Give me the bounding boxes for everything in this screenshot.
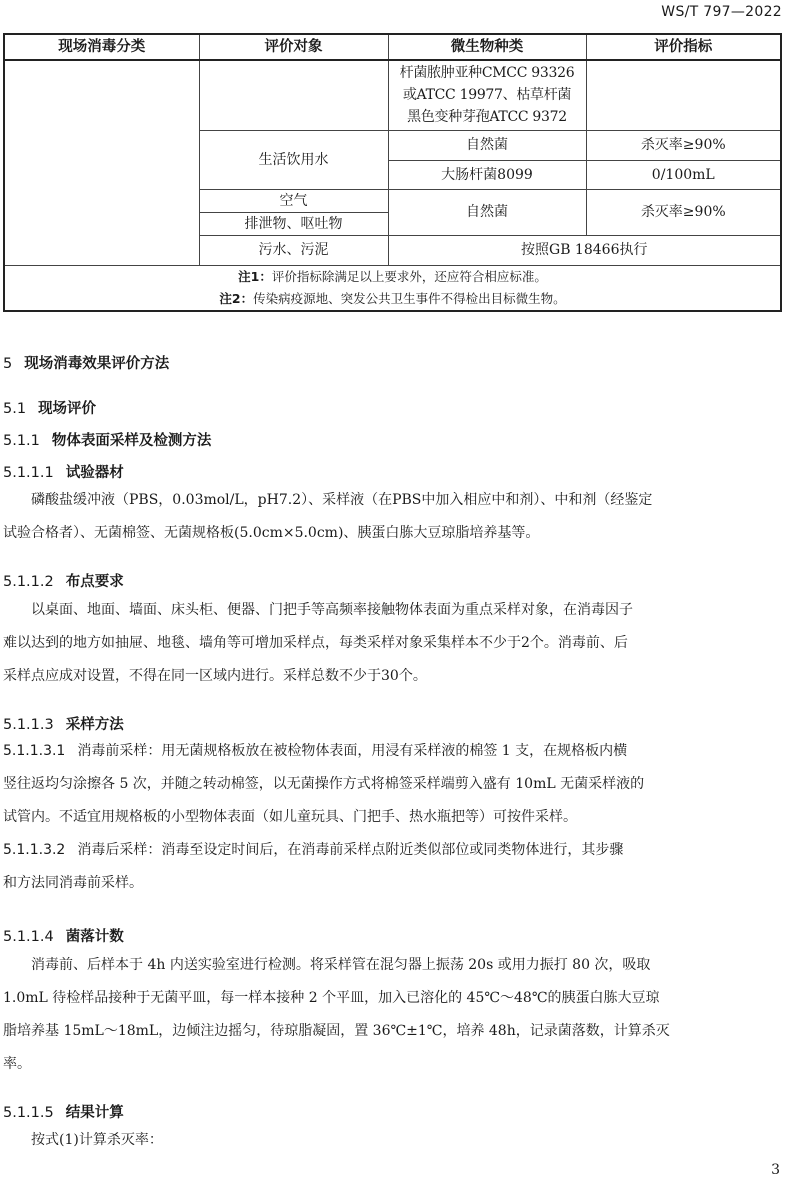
object-cell: 污水、污泥 <box>199 235 388 265</box>
evaluation-criteria-table: 现场消毒分类 评价对象 微生物种类 评价指标 杆菌脓肿亚种CMCC 93326 … <box>3 33 782 312</box>
section-heading-5: 5现场消毒效果评价方法 <box>3 352 169 373</box>
object-cell: 空气 <box>199 189 388 212</box>
column-header: 评价对象 <box>199 34 388 60</box>
standard-code: WS/T 797—2022 <box>661 4 782 20</box>
paragraph-result-calculation: 按式(1)计算杀灭率： <box>3 1124 778 1157</box>
table-notes: 注1：评价指标除满足以上要求外，还应符合相应标准。 注2：传染病疫源地、突发公共… <box>4 265 781 311</box>
microbe-cell: 大肠杆菌8099 <box>388 160 586 189</box>
page-number: 3 <box>771 1162 780 1178</box>
note-1: 注1：评价指标除满足以上要求外，还应符合相应标准。 <box>5 266 780 288</box>
note-2: 注2：传染病疫源地、突发公共卫生事件不得检出目标微生物。 <box>5 288 780 310</box>
section-heading-5-1-1-1: 5.1.1.1试验器材 <box>3 461 124 482</box>
microbe-cell: 自然菌 <box>388 189 586 235</box>
paragraph-test-equipment: 磷酸盐缓冲液（PBS，0.03mol/L，pH7.2）、采样液（在PBS中加入相… <box>3 484 778 550</box>
column-header: 微生物种类 <box>388 34 586 60</box>
column-header: 现场消毒分类 <box>4 34 199 60</box>
indicator-cell: 杀灭率≥90% <box>586 130 781 160</box>
section-heading-5-1-1-2: 5.1.1.2布点要求 <box>3 570 124 591</box>
section-heading-5-1: 5.1现场评价 <box>3 397 96 418</box>
paragraph-pre-disinfection-sampling: 5.1.1.3.1消毒前采样：用无菌规格板放在被检物体表面，用浸有采样液的棉签 … <box>3 735 778 834</box>
paragraph-post-disinfection-sampling: 5.1.1.3.2消毒后采样：消毒至设定时间后，在消毒前采样点附近类似部位或同类… <box>3 834 778 900</box>
table-row: 杆菌脓肿亚种CMCC 93326 或ATCC 19977、枯草杆菌 黑色变种芽孢… <box>4 60 781 130</box>
object-cell: 排泄物、呕吐物 <box>199 212 388 235</box>
merged-criteria-cell: 按照GB 18466执行 <box>388 235 781 265</box>
section-heading-5-1-1-5: 5.1.1.5结果计算 <box>3 1101 124 1122</box>
section-heading-5-1-1-3: 5.1.1.3采样方法 <box>3 713 124 734</box>
microbe-cell: 自然菌 <box>388 130 586 160</box>
microbe-line: 杆菌脓肿亚种CMCC 93326 <box>389 62 586 84</box>
section-heading-5-1-1: 5.1.1物体表面采样及检测方法 <box>3 429 211 450</box>
indicator-cell: 0/100mL <box>586 160 781 189</box>
category-cell <box>4 60 199 265</box>
table-header-row: 现场消毒分类 评价对象 微生物种类 评价指标 <box>4 34 781 60</box>
object-cell: 生活饮用水 <box>199 130 388 189</box>
paragraph-colony-count: 消毒前、后样本于 4h 内送实验室进行检测。将采样管在混匀器上振荡 20s 或用… <box>3 949 778 1081</box>
object-cell <box>199 60 388 130</box>
microbe-line: 或ATCC 19977、枯草杆菌 <box>389 84 586 106</box>
table-notes-row: 注1：评价指标除满足以上要求外，还应符合相应标准。 注2：传染病疫源地、突发公共… <box>4 265 781 311</box>
paragraph-sampling-points: 以桌面、地面、墙面、床头柜、便器、门把手等高频率接触物体表面为重点采样对象，在消… <box>3 594 778 693</box>
section-heading-5-1-1-4: 5.1.1.4菌落计数 <box>3 925 124 946</box>
indicator-cell <box>586 60 781 130</box>
indicator-cell: 杀灭率≥90% <box>586 189 781 235</box>
microbe-line: 黑色变种芽孢ATCC 9372 <box>389 106 586 128</box>
microbe-cell: 杆菌脓肿亚种CMCC 93326 或ATCC 19977、枯草杆菌 黑色变种芽孢… <box>388 60 586 130</box>
column-header: 评价指标 <box>586 34 781 60</box>
